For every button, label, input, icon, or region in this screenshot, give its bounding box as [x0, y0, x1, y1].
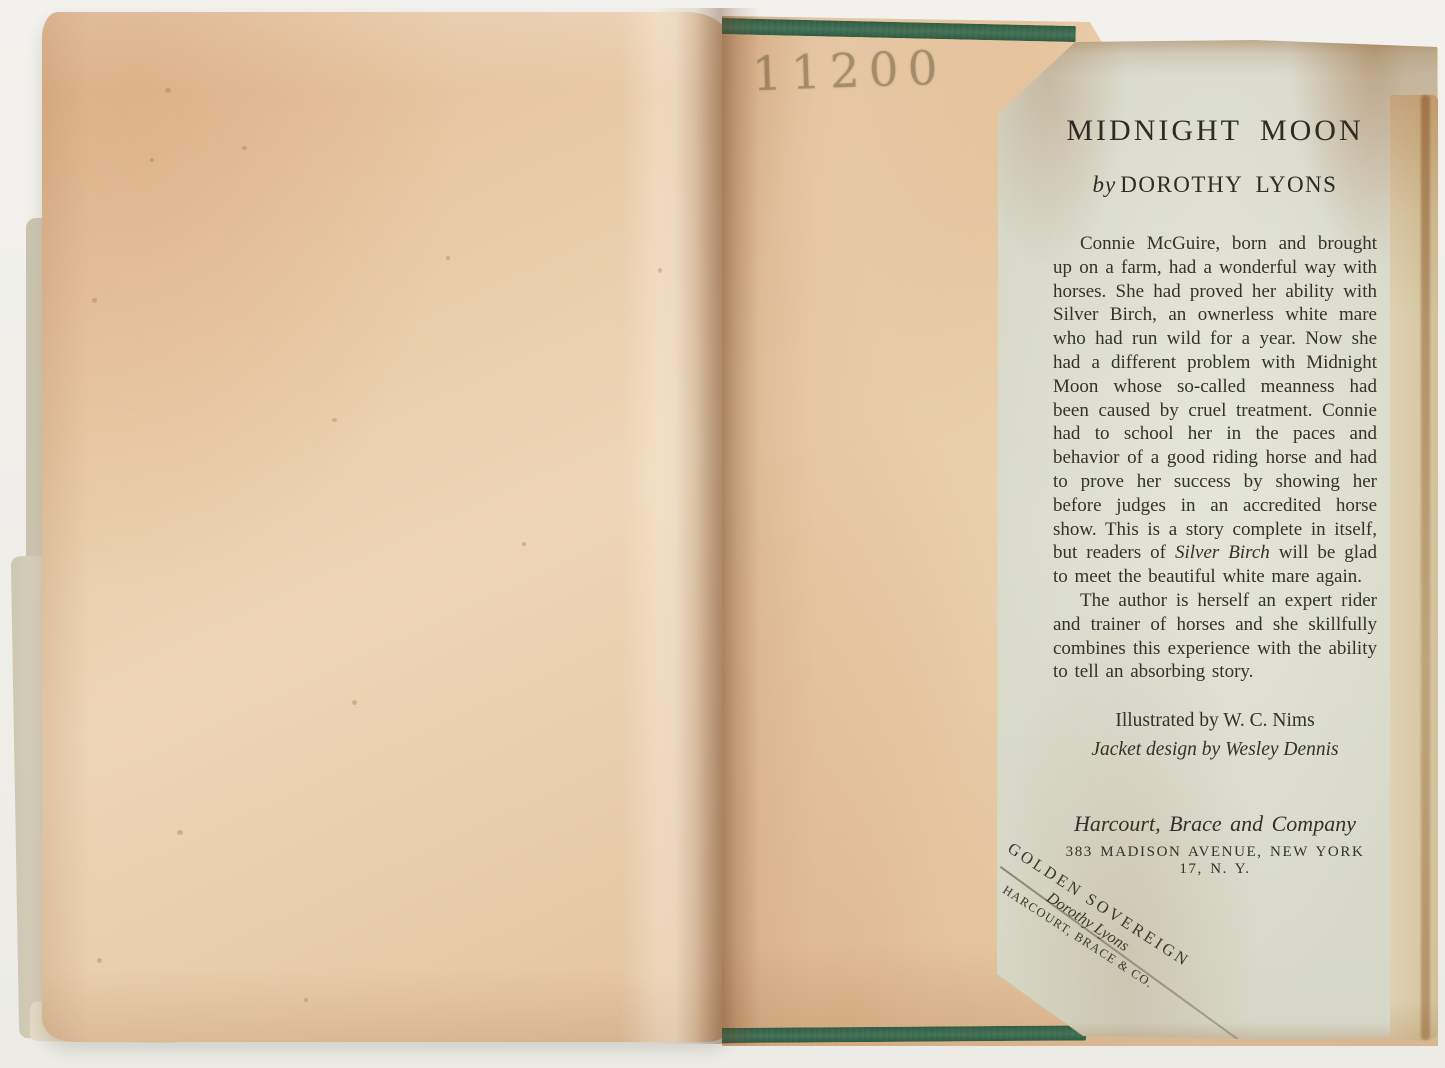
synopsis-text: Connie McGuire, born and brought up on a…	[1053, 233, 1377, 563]
foxing-spot	[332, 418, 337, 422]
synopsis-paragraph-1: Connie McGuire, born and brought up on a…	[1053, 232, 1377, 589]
left-page-shading	[42, 12, 730, 1042]
foxing-spot	[522, 542, 526, 546]
foxing-spot	[352, 700, 357, 705]
foxing-spot	[304, 998, 308, 1002]
book-photo: 11200 MIDNIGHT MOON by DOROTHY LYONS Con…	[0, 0, 1445, 1068]
fore-edge-crease-streak	[1421, 95, 1430, 1040]
gutter-shadow	[656, 8, 760, 1044]
foxing-spot	[177, 830, 183, 835]
illustrator-credit: Illustrated by W. C. Nims	[1053, 710, 1377, 732]
jacket-designer-credit: Jacket design by Wesley Dennis	[1053, 739, 1377, 761]
foxing-spot	[165, 88, 171, 93]
foxing-spot	[97, 958, 102, 963]
foxing-spot	[150, 158, 154, 162]
dust-jacket-flap: MIDNIGHT MOON by DOROTHY LYONS Connie Mc…	[995, 40, 1437, 1042]
publisher-name: Harcourt, Brace and Company	[1053, 811, 1377, 837]
publisher-address: 383 MADISON AVENUE, NEW YORK 17, N. Y.	[1053, 844, 1377, 878]
synopsis-paragraph-2: The author is herself an expert rider an…	[1053, 589, 1377, 684]
book-title: MIDNIGHT MOON	[1053, 114, 1377, 148]
foxing-spot	[92, 298, 97, 303]
byline: by DOROTHY LYONS	[1053, 172, 1377, 198]
byline-prefix: by	[1093, 172, 1117, 197]
fore-edge-stain	[1390, 95, 1438, 1040]
foxing-spot	[242, 146, 247, 150]
synopsis: Connie McGuire, born and brought up on a…	[1053, 232, 1377, 684]
author-name: DOROTHY LYONS	[1120, 172, 1337, 197]
green-cloth-bottom-edge	[720, 1025, 1086, 1043]
left-blank-page	[42, 12, 730, 1042]
synopsis-italic-title: Silver Birch	[1175, 542, 1270, 563]
foxing-spot	[446, 256, 450, 260]
page-block-fore-edge	[1390, 95, 1438, 1040]
accession-number-stamp: 11200	[751, 41, 947, 103]
flap-text-block: MIDNIGHT MOON by DOROTHY LYONS Connie Mc…	[1053, 114, 1377, 878]
